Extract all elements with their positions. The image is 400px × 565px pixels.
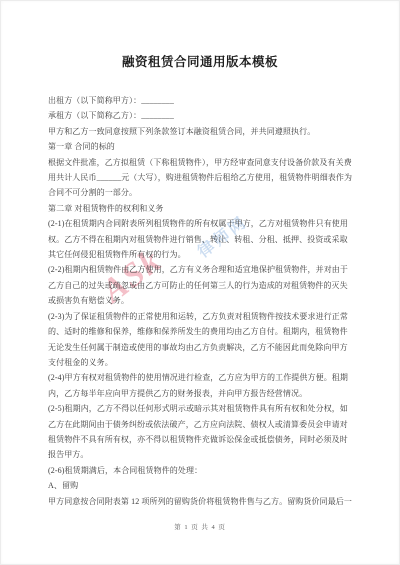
page-title: 融资租赁合同通用版本模板 [0,52,400,70]
document-line: 乙方在此期间由于债务纠纷或依法破产，乙方应向法院、债权人或清算委员会申请对 [48,417,354,432]
document-line: 支付租金的义务。 [48,355,354,370]
document-line: 内，乙方每半年应向甲方提供乙方的财务报表，并向甲方报告经营情况。 [48,386,354,401]
document-line: 的、适时的维修和保养，维修和保养所发生的费用均由乙方自付。租期内，租赁物件 [48,324,354,339]
document-line: 租赁物件不具有所有权，亦不得以租赁物件充做诉讼保金或抵偿债务，同时必须及时 [48,432,354,447]
document-line: (2-2)租期内租赁物件由乙方使用，乙方有义务合理和适宜地保护租赁物件，并对由于 [48,262,354,277]
contract-page: 律师网 ASk 融资租赁合同通用版本模板 出租方（以下简称甲方）：_______… [0,0,400,565]
document-line: (2-5)租期内，乙方不得以任何形式明示或暗示其对租赁物件具有所有权和处分权，如 [48,401,354,416]
page-number: 第 1 页 共 4 页 [0,522,400,531]
document-line: 第一章 合同的标的 [48,139,354,154]
document-body: 出租方（以下简称甲方）：________承租方（以下简称乙方）：________… [48,93,354,509]
document-line: (2-6)租赁期满后，本合同租赁物件的处理： [48,463,354,478]
document-line: 合同不可分割的一部分。 [48,185,354,200]
document-line: 第二章 对租赁物件的权利和义务 [48,201,354,216]
document-line: 用共计人民币______元（大写），购进租赁物件后租给乙方使用，租赁物件明细表作… [48,170,354,185]
document-line: 根据文件批准，乙方拟租赁（下称租赁物件），甲方经审查同意支付设备价款及有关费 [48,155,354,170]
document-line: 甲方同意按合同附表第 12 项所列的留购货价将租赁物件售与乙方。留购货价同最后一 [48,494,354,509]
document-line: 无论发生任何属于制造或使用的事故均由乙方负责解决，乙方不能因此而免除向甲方 [48,340,354,355]
document-line: 甲方和乙方一致同意按照下列条款签订本融资租赁合同，并共同遵照执行。 [48,124,354,139]
document-line: 出租方（以下简称甲方）：________ [48,93,354,108]
document-line: 乙方自己的过失或疏忽或由乙方可防止的任何第三人的行为造成的对租赁物件的灭失 [48,278,354,293]
document-line: 权。乙方不得在租期内对租赁物件进行销售、转让、转租、分租、抵押、投资或采取 [48,232,354,247]
document-line: 承租方（以下简称乙方）：________ [48,108,354,123]
document-line: 报告甲方。 [48,447,354,462]
document-line: (2-3)为了保证租赁物件的正常使用和运转，乙方负责对租赁物件按技术要求进行正常 [48,309,354,324]
document-line: (2-1)在租赁期内合同附表所列租赁物件的所有权属于甲方，乙方对租赁物件只有使用 [48,216,354,231]
document-line: A、留购 [48,478,354,493]
document-line: 或损害负有赔偿义务。 [48,293,354,308]
document-line: (2-4)甲方有权对租赁物件的使用情况进行检查，乙方应为甲方的工作提供方便。租期 [48,370,354,385]
document-line: 其它任何侵犯租赁物件所有权的行为。 [48,247,354,262]
